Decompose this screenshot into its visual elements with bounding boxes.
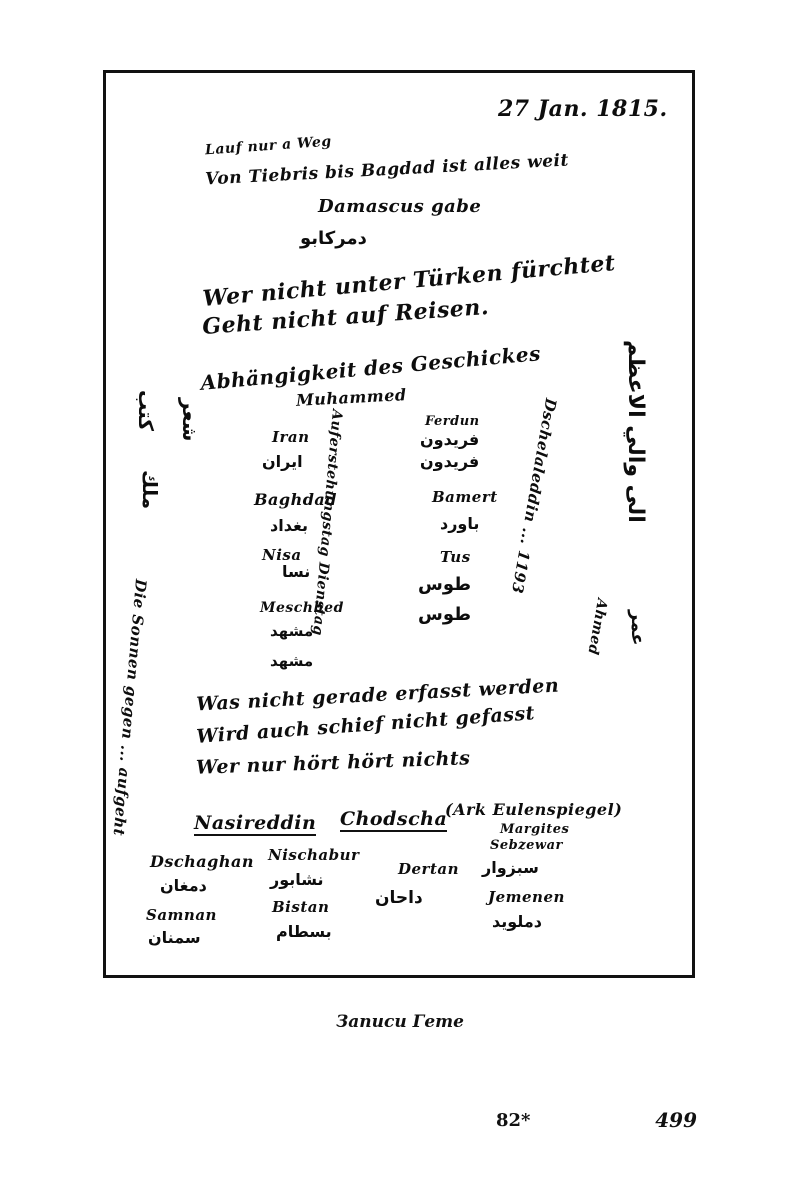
place-latin: Dschaghan	[150, 852, 254, 871]
place-arabic: مشهد	[270, 652, 313, 670]
place-arabic: طوس	[418, 604, 471, 625]
place-arabic: دملوید	[492, 912, 542, 931]
place-arabic: مشهد	[270, 622, 313, 640]
place-arabic: داحان	[375, 888, 423, 908]
place-arabic: بسطام	[276, 922, 332, 941]
place-latin: Jemenen	[488, 888, 565, 906]
manuscript-date: 27 Jan. 1815.	[498, 96, 668, 122]
place-arabic: بغداد	[270, 516, 308, 535]
margin-arabic: شعر	[178, 398, 202, 441]
place-latin: Iran	[272, 428, 310, 446]
name-sub: Margites	[500, 822, 569, 837]
place-arabic: نشابور	[270, 870, 324, 889]
place-arabic: سمنان	[148, 928, 201, 947]
place-latin: Bistan	[272, 898, 329, 916]
place-arabic: سبزوار	[482, 858, 539, 877]
name-paren: (Ark Eulenspiegel)	[445, 800, 622, 819]
place-latin: Ferdun	[425, 414, 480, 429]
place-arabic: دمغان	[160, 876, 207, 895]
place-latin: Dertan	[398, 860, 459, 878]
vertical-arabic: عمر	[627, 610, 648, 646]
margin-arabic: ملك	[138, 470, 162, 509]
place-arabic: نسا	[282, 562, 310, 581]
place-latin: Bamert	[432, 488, 498, 506]
place-arabic: طوس	[418, 574, 471, 595]
page-number: 499	[655, 1108, 697, 1132]
manuscript-line: Damascus gabe	[318, 196, 481, 217]
place-latin: Tus	[440, 548, 471, 566]
place-latin: Samnan	[146, 906, 217, 924]
vertical-arabic: الى والي الاعظم	[623, 340, 648, 523]
place-latin: Meschhed	[260, 600, 344, 616]
place-arabic: فريدون	[420, 452, 479, 471]
place-arabic: باورد	[440, 514, 479, 533]
name-nasireddin: Nasireddin	[194, 812, 316, 836]
figure-caption: Записи Гете	[0, 1012, 800, 1032]
name-chodscha: Chodscha	[340, 808, 447, 832]
signature-mark: 82*	[496, 1110, 530, 1131]
place-latin: Nischabur	[268, 846, 359, 864]
place-arabic: فريدون	[420, 430, 479, 449]
place-arabic: ايران	[262, 452, 303, 471]
margin-arabic: كتب	[134, 390, 158, 431]
manuscript-arabic: دمرکابو	[300, 228, 367, 249]
place-latin: Sebzewar	[490, 838, 563, 853]
